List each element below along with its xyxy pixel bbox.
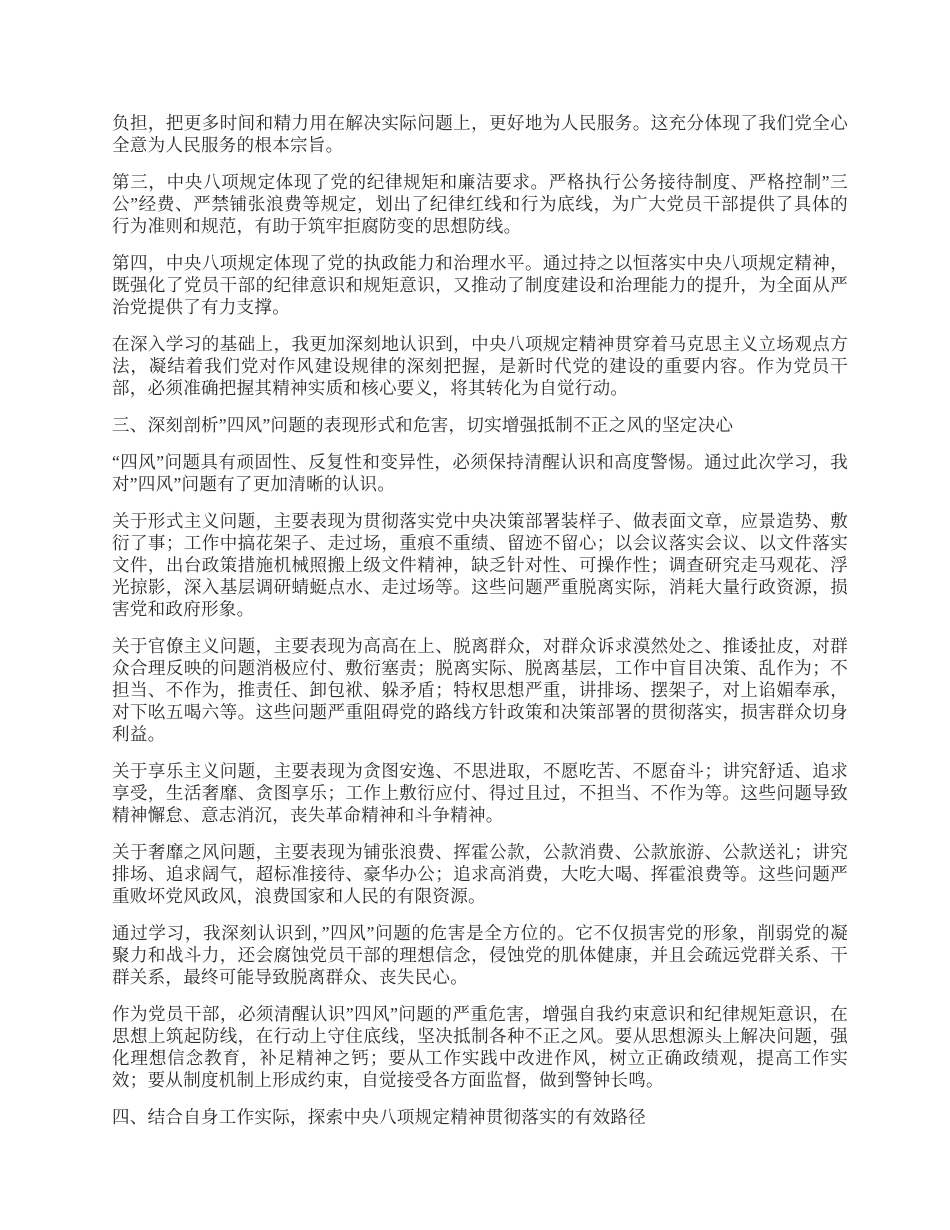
paragraph-point-four: 第四，中央八项规定体现了党的执政能力和治理水平。通过持之以恒落实中央八项规定精神… [112, 252, 848, 318]
paragraph-formalism: 关于形式主义问题，主要表现为贯彻落实党中央决策部署装样子、做表面文章，应景造势、… [112, 510, 848, 620]
section-heading-four: 四、结合自身工作实际，探索中央八项规定精神贯彻落实的有效路径 [112, 1106, 848, 1128]
paragraph-deep-study: 在深入学习的基础上，我更加深刻地认识到，中央八项规定精神贯穿着马克思主义立场观点… [112, 333, 848, 399]
paragraph-point-three: 第三，中央八项规定体现了党的纪律规矩和廉洁要求。严格执行公务接待制度、严格控制”… [112, 171, 848, 237]
paragraph-self-discipline: 作为党员干部，必须清醒认识”四风”问题的严重危害，增强自我约束意识和纪律规矩意识… [112, 1003, 848, 1091]
paragraph-harm-summary: 通过学习，我深刻认识到，”四风”问题的危害是全方位的。它不仅损害党的形象，削弱党… [112, 922, 848, 988]
paragraph-continuation: 负担，把更多时间和精力用在解决实际问题上，更好地为人民服务。这充分体现了我们党全… [112, 112, 848, 156]
document-page: { "document": { "language": "zh-CN", "ba… [0, 0, 950, 1230]
section-heading-three: 三、深刻剖析”四风”问题的表现形式和危害，切实增强抵制不正之风的坚定决心 [112, 414, 848, 436]
paragraph-four-winds-intro: “四风”问题具有顽固性、反复性和变异性，必须保持清醒认识和高度警惕。通过此次学习… [112, 451, 848, 495]
paragraph-extravagance: 关于奢靡之风问题，主要表现为铺张浪费、挥霍公款，公款消费、公款旅游、公款送礼；讲… [112, 841, 848, 907]
document-page-canvas: 负担，把更多时间和精力用在解决实际问题上，更好地为人民服务。这充分体现了我们党全… [0, 0, 950, 1230]
paragraph-hedonism: 关于享乐主义问题，主要表现为贪图安逸、不思进取，不愿吃苦、不愿奋斗；讲究舒适、追… [112, 760, 848, 826]
document-body: 负担，把更多时间和精力用在解决实际问题上，更好地为人民服务。这充分体现了我们党全… [112, 112, 848, 1128]
paragraph-bureaucratism: 关于官僚主义问题，主要表现为高高在上、脱离群众，对群众诉求漠然处之、推诿扯皮，对… [112, 635, 848, 745]
